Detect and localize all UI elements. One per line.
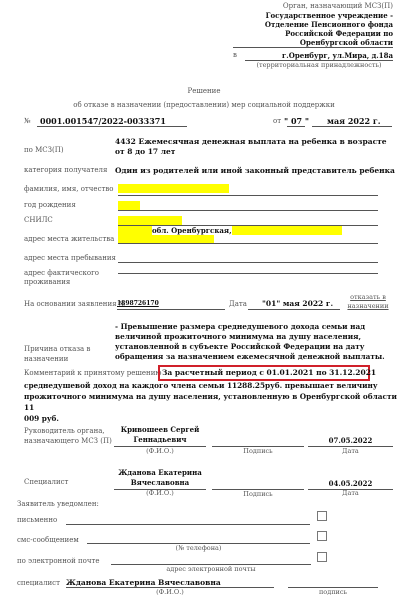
notify-specialist-label: специалист [17, 579, 60, 587]
reason-label-line-2: назначении [24, 354, 90, 364]
category-label: категория получателя [24, 166, 107, 174]
notify-sms-checkbox[interactable] [317, 531, 327, 541]
head-name: Кривошеев Сергей Геннадьевич [114, 425, 206, 445]
action-line-1: отказать в [343, 293, 393, 302]
application-date-underline [248, 309, 340, 310]
reason-label-line-1: Причина отказа в [24, 344, 90, 354]
comment-label: Комментарий к принятому решению [24, 369, 161, 377]
doc-subtitle: об отказе в назначении (предоставлении) … [0, 101, 408, 109]
territory-city: г.Оренбург, ул.Мира, д.18а [253, 51, 393, 60]
head-fio-hint: (Ф.И.О.) [114, 447, 206, 455]
in-prefix: в [233, 51, 237, 59]
spec-date: 04.05.2022 [308, 479, 393, 488]
application-number: 1898726170 [117, 300, 159, 307]
action-line-2: назначении [343, 302, 393, 311]
day-underline [287, 126, 305, 127]
residence-label: адрес места жительства [24, 235, 114, 243]
notify-email-checkbox[interactable] [317, 552, 327, 562]
spec-date-hint: Дата [308, 489, 393, 497]
stay-label: адрес места пребывания [24, 254, 116, 262]
head-name-line-2: Геннадьевич [114, 435, 206, 445]
residence-redacted-1 [118, 226, 152, 235]
organ-name: Государственное учреждение - Отделение П… [173, 11, 393, 47]
residence-redacted-2 [232, 226, 342, 235]
fio-underline [118, 195, 378, 196]
actual-underline [118, 273, 378, 274]
snils-redacted [118, 216, 182, 225]
head-sign-hint: Подпись [212, 447, 304, 455]
residence-underline [118, 243, 378, 244]
fio-label: фамилия, имя, отчество [24, 185, 114, 193]
notify-fio-hint: (Ф.И.О.) [66, 588, 274, 596]
specialist-label: Специалист [24, 478, 68, 486]
notify-sms-label: смс-сообщением [17, 536, 79, 544]
actual-label: адрес фактического проживания [24, 269, 99, 287]
organ-line-1: Государственное учреждение - [173, 11, 393, 20]
number-underline [37, 126, 187, 127]
decision-number: 0001.001547/2022-0033371 [40, 116, 166, 126]
snils-label: СНИЛС [24, 216, 53, 224]
actual-label-line-2: проживания [24, 278, 99, 287]
spec-sign-hint: Подпись [212, 490, 304, 498]
notify-written-label: письменно [17, 516, 57, 524]
comment-line-2: прожиточного минимума на душу населения,… [24, 391, 408, 413]
head-label-line-2: назначающего МСЗ (П) [24, 436, 112, 446]
organ-underline [233, 47, 393, 48]
reason-line-2: величиной прожиточного минимума на душу … [115, 332, 385, 342]
notify-email-label: по электронной почте [17, 557, 100, 565]
number-prefix: № [24, 117, 31, 125]
application-date: "01" мая 2022 г. [262, 299, 333, 308]
head-date-hint: Дата [308, 447, 393, 455]
reason-text: - Превышение размера среднедушевого дохо… [115, 322, 385, 362]
doc-title: Решение [0, 87, 408, 95]
residence-region: обл. Оренбургская, [152, 226, 232, 235]
comment-text: среднедушевой доход на каждого члена сем… [24, 380, 408, 424]
organ-line-4: Оренбургской области [173, 38, 393, 47]
birth-redacted [118, 201, 140, 210]
comment-line-1: среднедушевой доход на каждого члена сем… [24, 380, 408, 391]
phone-hint: (№ телефона) [87, 544, 310, 552]
email-hint: адрес электронной почты [111, 565, 311, 573]
organ-line-2: Отделение Пенсионного фонда [173, 20, 393, 29]
notify-written-checkbox[interactable] [317, 511, 327, 521]
measure-label: по МСЗ(П) [24, 146, 64, 154]
decision-day: " 07 " [284, 116, 309, 126]
date-prefix: от [273, 117, 281, 125]
spec-name-line-2: Вячеславовна [114, 478, 206, 488]
actual-label-line-1: адрес фактического [24, 269, 99, 278]
organ-line-3: Российской Федерации по [173, 29, 393, 38]
reason-line-1: - Превышение размера среднедушевого дохо… [115, 322, 385, 332]
reason-line-3: установленной в субъекте Российской Феде… [115, 342, 385, 352]
reason-line-4: обращения за назначением ежемесячной ден… [115, 352, 385, 362]
category-value: Один из родителей или иной законный пред… [115, 166, 395, 175]
notify-sign-hint: подпись [288, 588, 378, 596]
decision-action: отказать в назначении [343, 293, 393, 311]
decision-month-year: мая 2022 г. [327, 116, 381, 126]
comment-period: За расчетный период с 01.01.2021 по 31.1… [162, 368, 376, 377]
spec-name-line-1: Жданова Екатерина [114, 468, 206, 478]
birth-label: год рождения [24, 201, 76, 209]
head-label: Руководитель органа, назначающего МСЗ (П… [24, 426, 112, 446]
notify-written-line [66, 524, 310, 525]
notify-specialist-name: Жданова Екатерина Вячеславовна [66, 578, 221, 587]
fio-redacted [118, 184, 229, 193]
territorial-hint: (территориальная принадлежность) [245, 61, 393, 69]
measure-value: 4432 Ежемесячная денежная выплата на реб… [115, 137, 395, 157]
head-name-line-1: Кривошеев Сергей [114, 425, 206, 435]
application-underline [117, 309, 225, 310]
specialist-name: Жданова Екатерина Вячеславовна [114, 468, 206, 488]
month-underline [312, 126, 392, 127]
organ-label: Орган, назначающий МСЗ(П) [173, 2, 393, 10]
spec-fio-hint: (Ф.И.О.) [114, 489, 206, 497]
reason-label: Причина отказа в назначении [24, 344, 90, 364]
stay-underline [118, 262, 378, 263]
head-label-line-1: Руководитель органа, [24, 426, 112, 436]
application-label: На основании заявления № [24, 300, 125, 308]
head-date: 07.05.2022 [308, 436, 393, 445]
comment-line-3: 009 руб. [24, 413, 408, 424]
application-date-label: Дата [229, 300, 247, 308]
notification-title: Заявитель уведомлен: [17, 500, 99, 508]
birth-underline [118, 210, 378, 211]
